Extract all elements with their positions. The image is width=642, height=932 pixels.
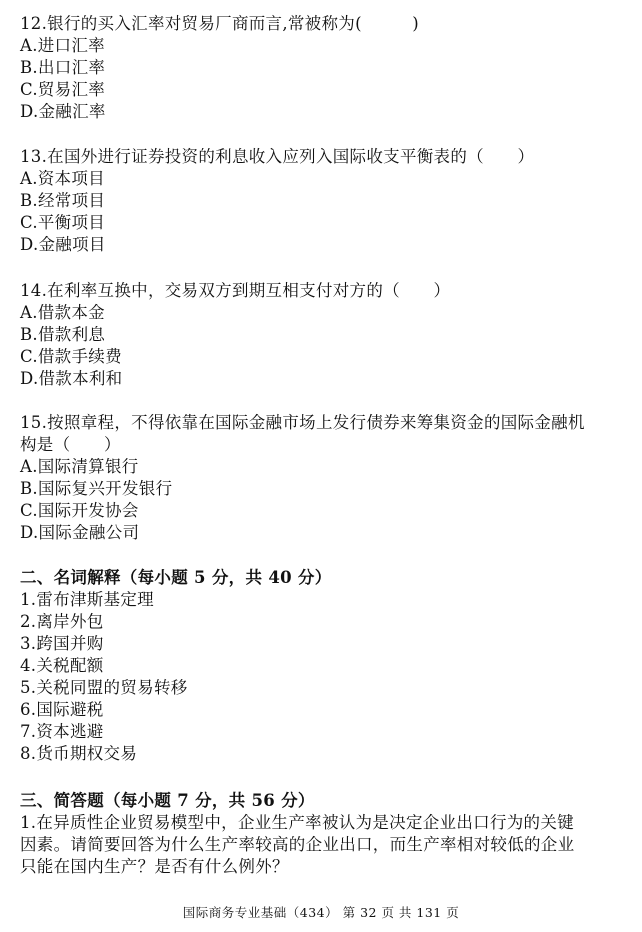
question-15-option-c: C.国际开发协会 xyxy=(20,500,139,522)
term-item-8: 8.货币期权交易 xyxy=(20,743,137,765)
term-item-6: 6.国际避税 xyxy=(20,699,104,721)
page-footer: 国际商务专业基础（434） 第 32 页 共 131 页 xyxy=(0,903,642,921)
question-15-option-d: D.国际金融公司 xyxy=(20,522,139,544)
question-13-stem: 13.在国外进行证券投资的利息收入应列入国际收支平衡表的（ ） xyxy=(20,146,534,168)
question-15-option-b: B.国际复兴开发银行 xyxy=(20,478,172,500)
question-15-stem-line2: 构是（ ） xyxy=(20,434,121,456)
question-12-option-a: A.进口汇率 xyxy=(20,35,105,57)
term-item-5: 5.关税同盟的贸易转移 xyxy=(20,677,188,699)
term-item-7: 7.资本逃避 xyxy=(20,721,104,743)
question-15-option-a: A.国际清算银行 xyxy=(20,456,139,478)
question-12-option-c: C.贸易汇率 xyxy=(20,79,105,101)
short-answer-q1-line1: 1.在异质性企业贸易模型中，企业生产率被认为是决定企业出口行为的关键 xyxy=(20,812,574,834)
question-12-option-b: B.出口汇率 xyxy=(20,57,105,79)
question-15-stem-line1: 15.按照章程，不得依靠在国际金融市场上发行债券来筹集资金的国际金融机 xyxy=(20,412,585,434)
question-14-option-a: A.借款本金 xyxy=(20,302,105,324)
short-answer-q1-line3: 只能在国内生产？是否有什么例外？ xyxy=(20,856,289,878)
short-answer-q1-line2: 因素。请简要回答为什么生产率较高的企业出口，而生产率相对较低的企业 xyxy=(20,834,574,856)
question-14-option-d: D.借款本利和 xyxy=(20,368,123,390)
question-13-option-d: D.金融项目 xyxy=(20,234,106,256)
term-item-4: 4.关税配额 xyxy=(20,655,104,677)
question-12-option-d: D.金融汇率 xyxy=(20,101,106,123)
exam-page: 12.银行的买入汇率对贸易厂商而言,常被称为( ) A.进口汇率 B.出口汇率 … xyxy=(0,0,642,932)
question-13-option-c: C.平衡项目 xyxy=(20,212,105,234)
question-13-option-b: B.经常项目 xyxy=(20,190,105,212)
term-item-3: 3.跨国并购 xyxy=(20,633,104,655)
question-12-stem: 12.银行的买入汇率对贸易厂商而言,常被称为( ) xyxy=(20,13,419,35)
question-14-option-c: C.借款手续费 xyxy=(20,346,122,368)
section-2-heading: 二、名词解释（每小题 5 分，共 40 分） xyxy=(20,567,332,589)
question-13-option-a: A.资本项目 xyxy=(20,168,105,190)
section-3-heading: 三、简答题（每小题 7 分，共 56 分） xyxy=(20,790,315,812)
question-14-option-b: B.借款利息 xyxy=(20,324,105,346)
question-14-stem: 14.在利率互换中，交易双方到期互相支付对方的（ ） xyxy=(20,280,450,302)
term-item-2: 2.离岸外包 xyxy=(20,611,104,633)
term-item-1: 1.雷布津斯基定理 xyxy=(20,589,154,611)
